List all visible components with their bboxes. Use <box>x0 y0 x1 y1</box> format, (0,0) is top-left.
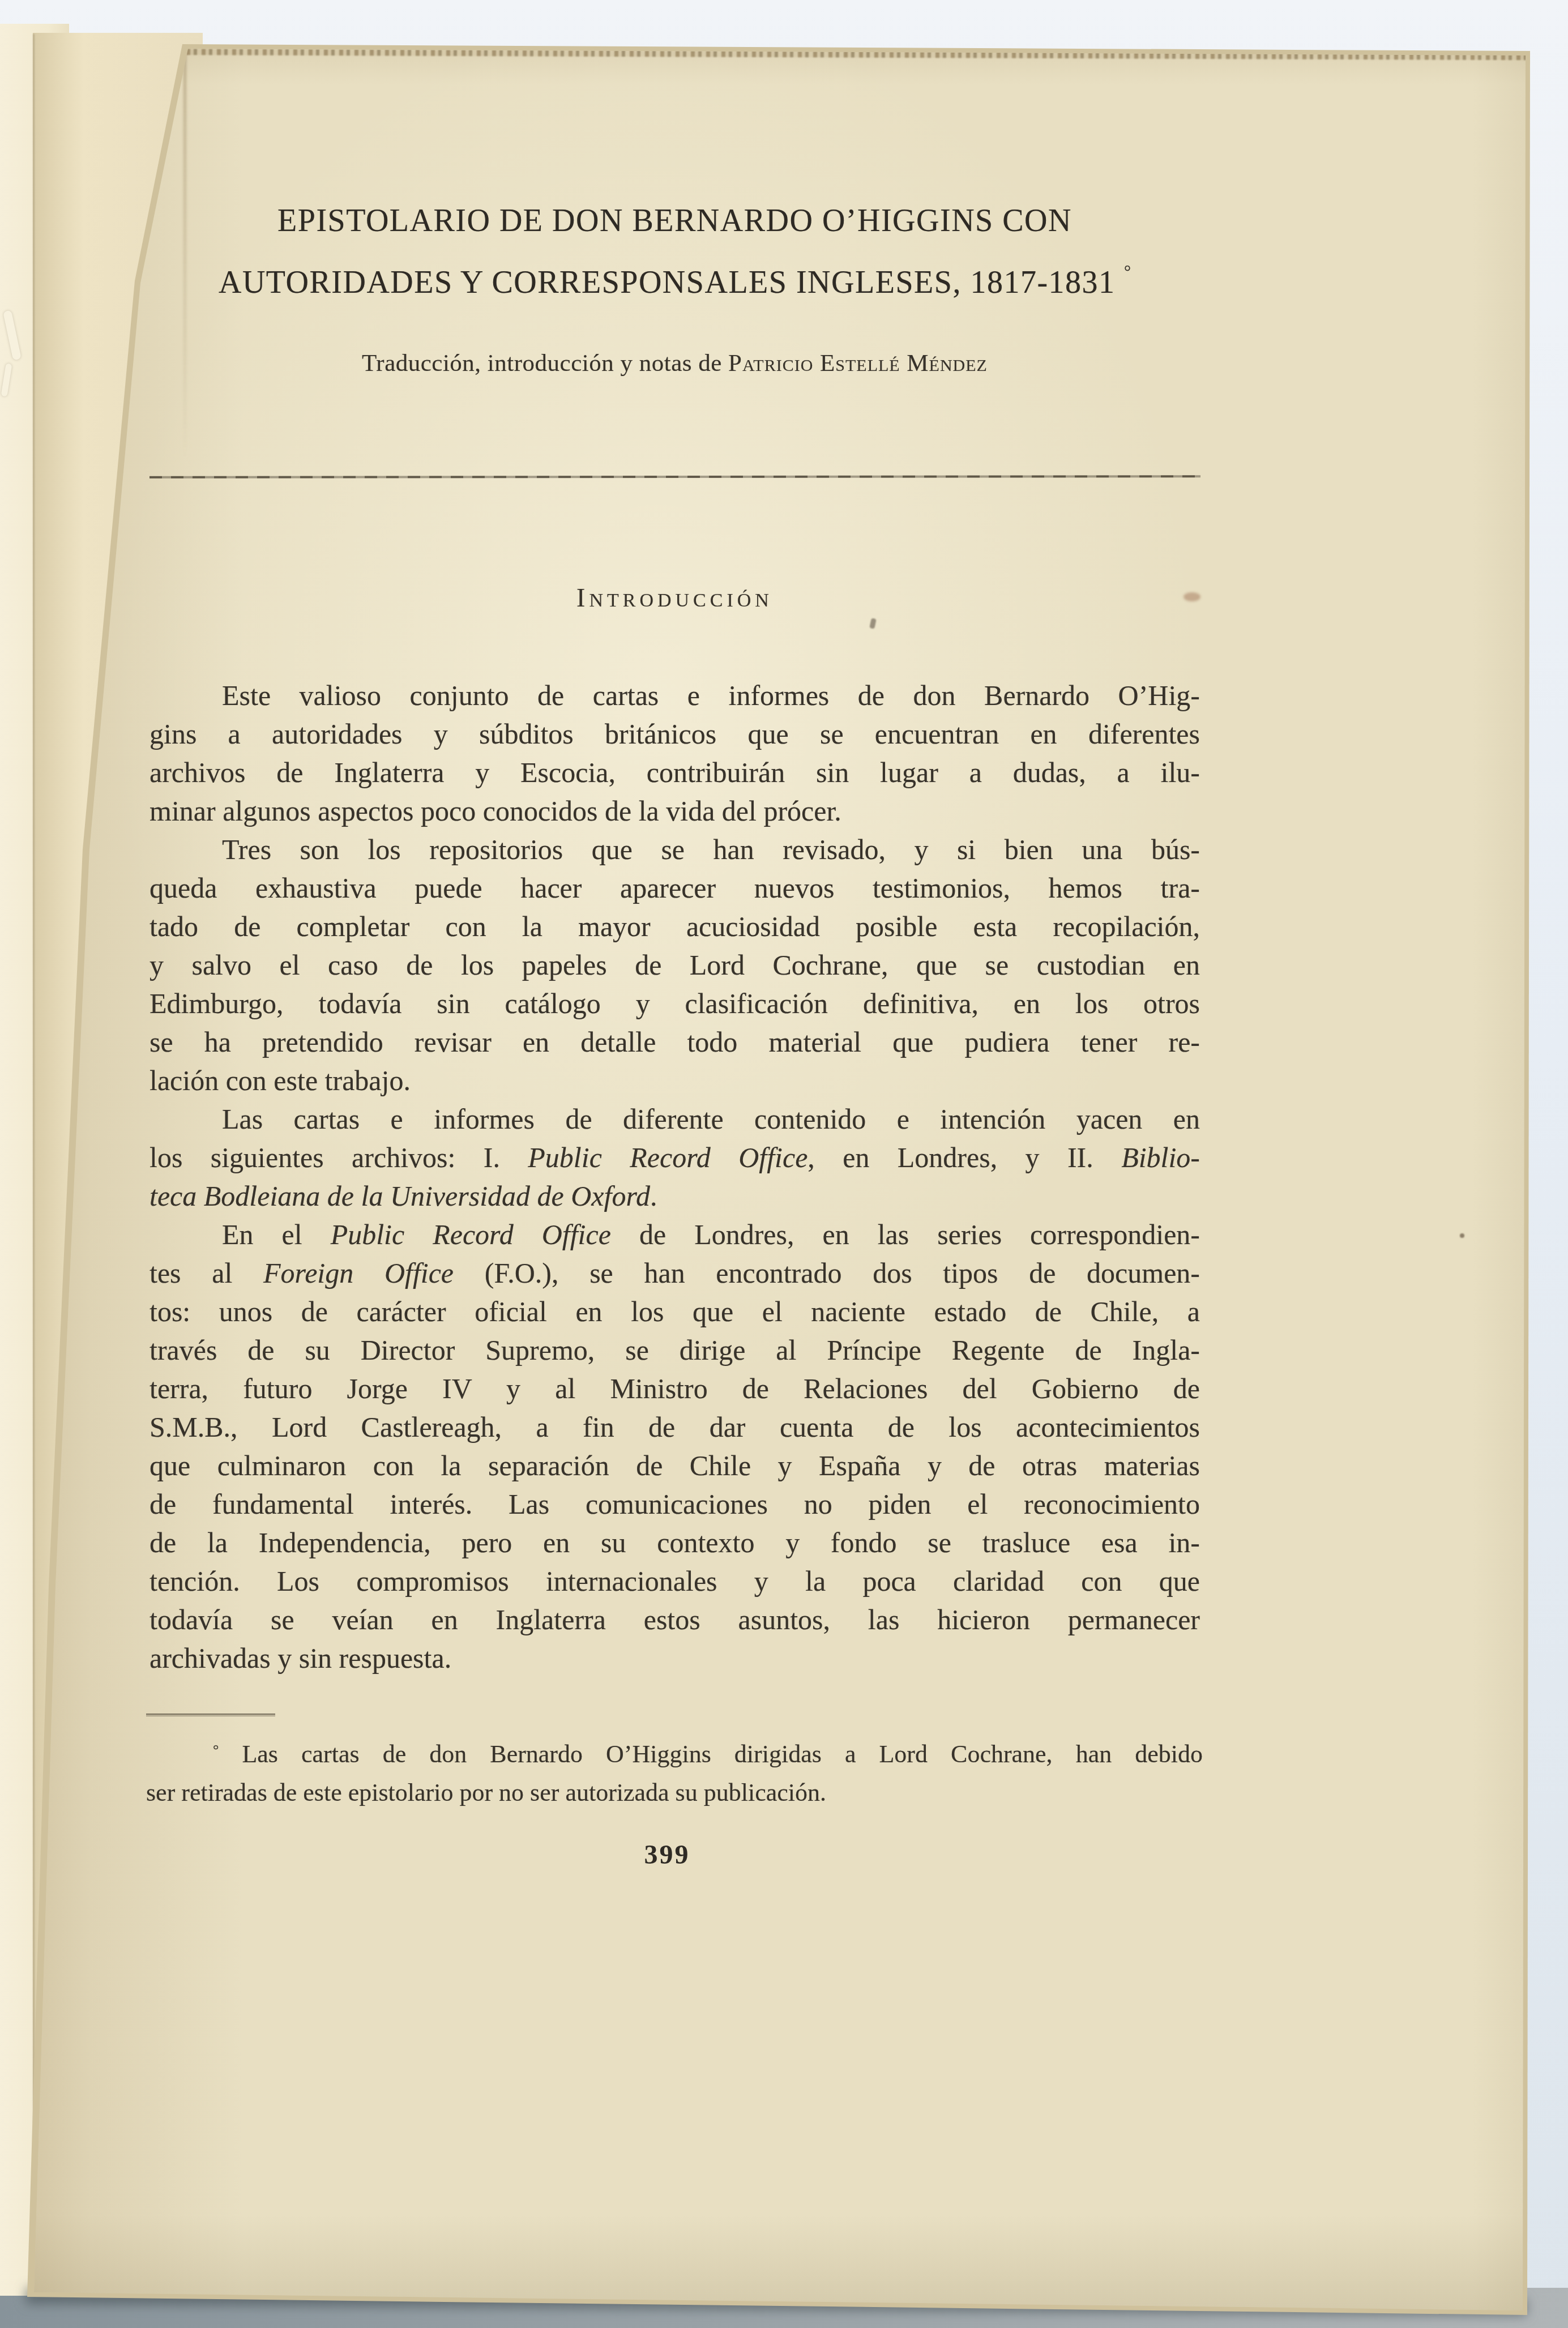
text-line: terra, futuro Jorge IV y al Ministro de … <box>149 1369 1200 1408</box>
footnote-marker: ° <box>213 1741 219 1758</box>
text-line: queda exhaustiva puede hacer aparecer nu… <box>149 869 1200 907</box>
text-line: Tres son los repositorios que se han rev… <box>149 830 1200 869</box>
section-heading: Introducción <box>149 582 1200 617</box>
text-line: todavía se veían en Inglaterra estos asu… <box>149 1600 1200 1639</box>
text-line: tado de completar con la mayor acuciosid… <box>149 907 1200 946</box>
text-line: lación con este trabajo. <box>149 1061 1200 1100</box>
title-line-2: AUTORIDADES Y CORRESPONSALES INGLESES, 1… <box>149 246 1200 308</box>
stain-mark <box>1460 1233 1464 1238</box>
text-line: los siguientes archivos: I. Public Recor… <box>149 1138 1200 1177</box>
separator-rule <box>149 475 1200 479</box>
text-line: tención. Los compromisos internacionales… <box>149 1562 1200 1600</box>
text-line: Edimburgo, todavía sin catálogo y clasif… <box>149 984 1200 1023</box>
text-line: gins a autoridades y súbditos británicos… <box>149 715 1200 753</box>
text-line: En el Public Record Office de Londres, e… <box>149 1215 1200 1254</box>
text-line: archivadas y sin respuesta. <box>149 1639 1200 1677</box>
text-line: tos: unos de carácter oficial en los que… <box>149 1292 1200 1331</box>
footnote: ° Las cartas de don Bernardo O’Higgins d… <box>146 1735 1203 1812</box>
text-line: que culminaron con la separación de Chil… <box>149 1446 1200 1485</box>
text-line: y salvo el caso de los papeles de Lord C… <box>149 946 1200 984</box>
text-line: de la Independencia, pero en su contexto… <box>149 1523 1200 1562</box>
book-page: EPISTOLARIO DE DON BERNARDO O’HIGGINS CO… <box>0 0 1568 2328</box>
footnote-rule <box>146 1714 275 1716</box>
text-line: archivos de Inglaterra y Escocia, contri… <box>149 753 1200 792</box>
byline-prefix: Traducción, introducción y notas de <box>362 350 728 377</box>
article-title: EPISTOLARIO DE DON BERNARDO O’HIGGINS CO… <box>149 196 1200 308</box>
text-line: minar algunos aspectos poco conocidos de… <box>149 792 1200 830</box>
page-crease <box>33 34 35 2293</box>
byline-author: Patricio Estellé Méndez <box>728 350 988 377</box>
text-line: se ha pretendido revisar en detalle todo… <box>149 1023 1200 1061</box>
page-number: 399 <box>142 1839 1193 1870</box>
text-line: teca Bodleiana de la Universidad de Oxfo… <box>149 1177 1200 1215</box>
byline: Traducción, introducción y notas de Patr… <box>149 347 1200 381</box>
text-line: Este valioso conjunto de cartas e inform… <box>149 676 1200 715</box>
text-line: ° Las cartas de don Bernardo O’Higgins d… <box>146 1735 1203 1774</box>
title-line-2-text: AUTORIDADES Y CORRESPONSALES INGLESES, 1… <box>219 265 1116 300</box>
text-line: través de su Director Supremo, se dirige… <box>149 1331 1200 1369</box>
body-text: Este valioso conjunto de cartas e inform… <box>149 676 1200 1677</box>
title-footnote-marker: ° <box>1124 262 1131 281</box>
text-line: S.M.B., Lord Castlereagh, a fin de dar c… <box>149 1408 1200 1446</box>
text-line: de fundamental interés. Las comunicacion… <box>149 1485 1200 1523</box>
text-line: ser retiradas de este epistolario por no… <box>146 1774 1203 1812</box>
text-line: Las cartas e informes de diferente conte… <box>149 1100 1200 1138</box>
title-line-1: EPISTOLARIO DE DON BERNARDO O’HIGGINS CO… <box>149 196 1200 246</box>
text-line: tes al Foreign Office (F.O.), se han enc… <box>149 1254 1200 1292</box>
stain-mark <box>869 618 877 629</box>
